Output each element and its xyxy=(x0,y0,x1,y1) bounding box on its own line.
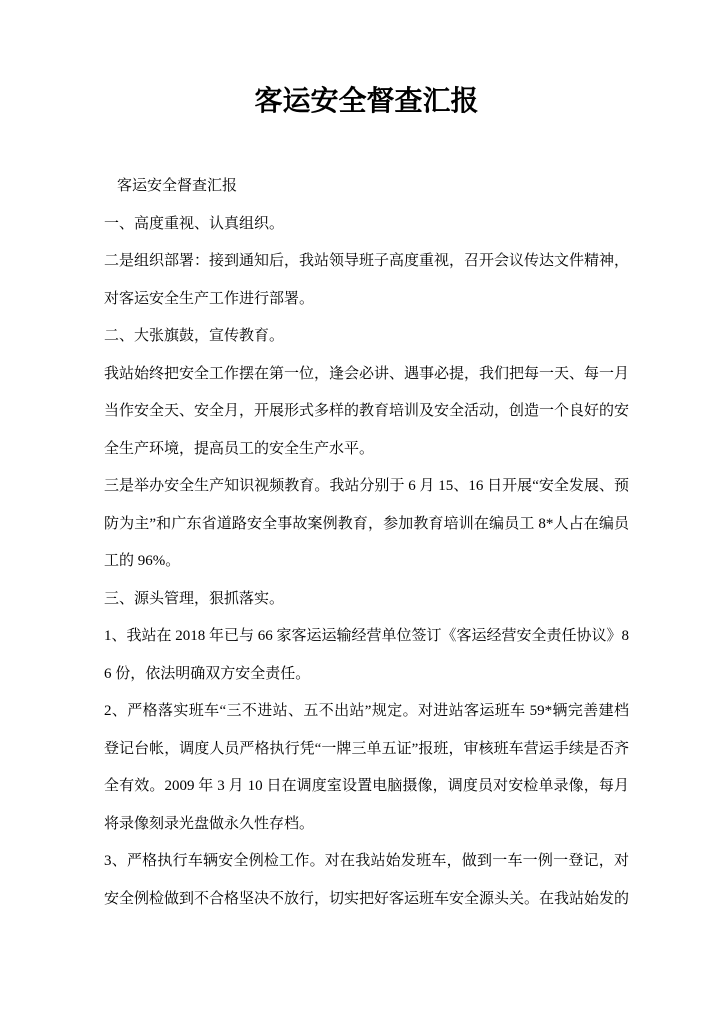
paragraph-item-3: 3、严格执行车辆安全例检工作。对在我站始发班车，做到一车一例一登记，对安全例检做… xyxy=(104,843,629,918)
document-page: 客运安全督查汇报 客运安全督查汇报 一、高度重视、认真组织。 二是组织部署：接到… xyxy=(0,0,721,1020)
paragraph-body: 二是组织部署：接到通知后，我站领导班子高度重视，召开会议传达文件精神，对客运安全… xyxy=(104,243,629,318)
paragraph-section-3: 三、源头管理，狠抓落实。 xyxy=(104,581,629,619)
paragraph-section-1: 一、高度重视、认真组织。 xyxy=(104,206,629,244)
paragraph-item-1: 1、我站在 2018 年已与 66 家客运运输经营单位签订《客运经营安全责任协议… xyxy=(104,618,629,693)
paragraph-item-2: 2、严格落实班车“三不进站、五不出站”规定。对进站客运班车 59*辆完善建档登记… xyxy=(104,693,629,843)
paragraph-body: 我站始终把安全工作摆在第一位，逢会必讲、遇事必提，我们把每一天、每一月当作安全天… xyxy=(104,356,629,469)
document-title: 客运安全督查汇报 xyxy=(104,82,629,122)
paragraph-body: 三是举办安全生产知识视频教育。我站分别于 6 月 15、16 日开展“安全发展、… xyxy=(104,468,629,581)
paragraph-section-2: 二、大张旗鼓，宣传教育。 xyxy=(104,318,629,356)
paragraph-heading-repeat: 客运安全督查汇报 xyxy=(104,168,629,206)
